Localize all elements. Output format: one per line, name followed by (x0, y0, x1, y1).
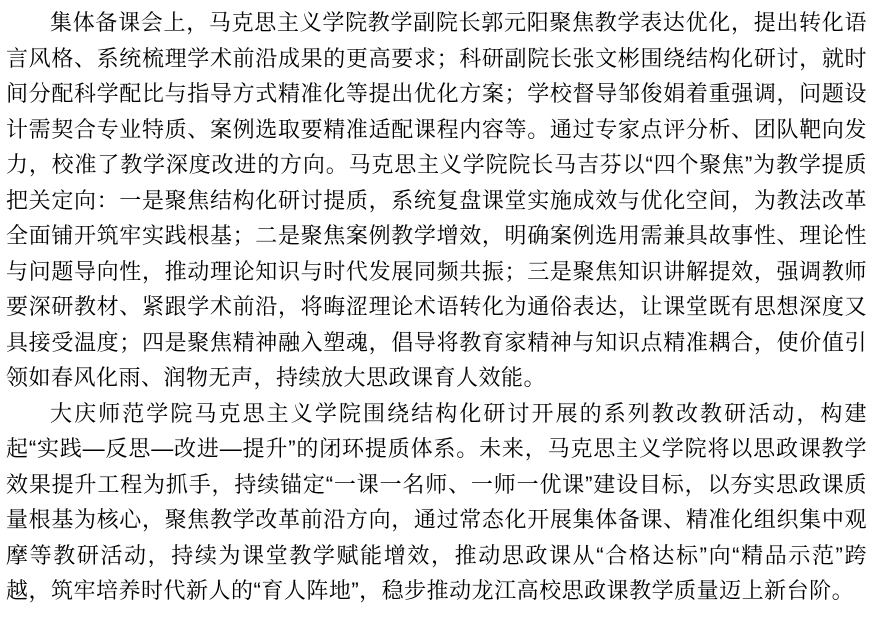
paragraph-future-outlook: 大庆师范学院马克思主义学院围绕结构化研讨开展的系列教改教研活动，构建起“实践—反… (6, 396, 867, 609)
document-page: 集体备课会上，马克思主义学院教学副院长郭元阳聚焦教学表达优化，提出转化语言风格、… (0, 0, 873, 621)
paragraph-collective-lesson-prep: 集体备课会上，马克思主义学院教学副院长郭元阳聚焦教学表达优化，提出转化语言风格、… (6, 5, 867, 396)
